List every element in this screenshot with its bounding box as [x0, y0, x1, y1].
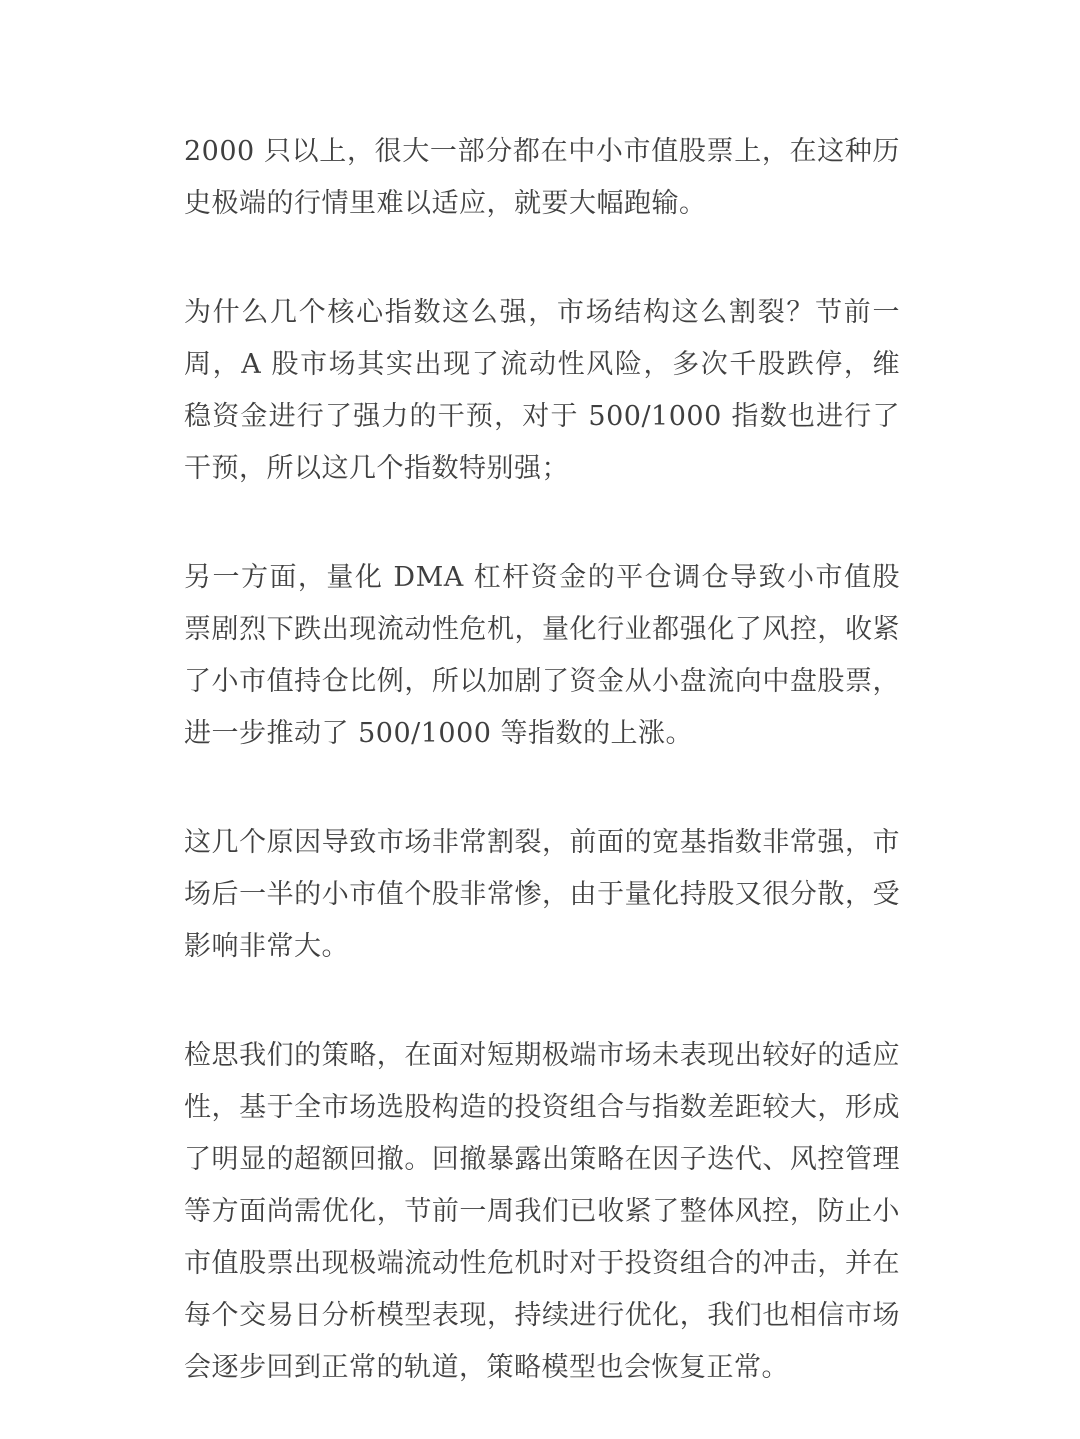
- paragraph-market-divergence-impact: 这几个原因导致市场非常割裂，前面的宽基指数非常强，市场后一半的小市值个股非常惨，…: [184, 817, 900, 973]
- paragraph-index-strength-market-split: 为什么几个核心指数这么强，市场结构这么割裂？节前一周，A 股市场其实出现了流动性…: [184, 287, 900, 495]
- document-page: 2000 只以上，很大一部分都在中小市值股票上，在这种历史极端的行情里难以适应，…: [0, 0, 1080, 1439]
- paragraph-dma-leverage-liquidity-crisis: 另一方面，量化 DMA 杠杆资金的平仓调仓导致小市值股票剧烈下跌出现流动性危机，…: [184, 552, 900, 760]
- paragraph-strategy-reflection-risk-control: 检思我们的策略，在面对短期极端市场未表现出较好的适应性，基于全市场选股构造的投资…: [184, 1030, 900, 1394]
- article-body: 2000 只以上，很大一部分都在中小市值股票上，在这种历史极端的行情里难以适应，…: [0, 0, 1080, 1394]
- paragraph-continuation-small-cap-underperformance: 2000 只以上，很大一部分都在中小市值股票上，在这种历史极端的行情里难以适应，…: [184, 126, 900, 230]
